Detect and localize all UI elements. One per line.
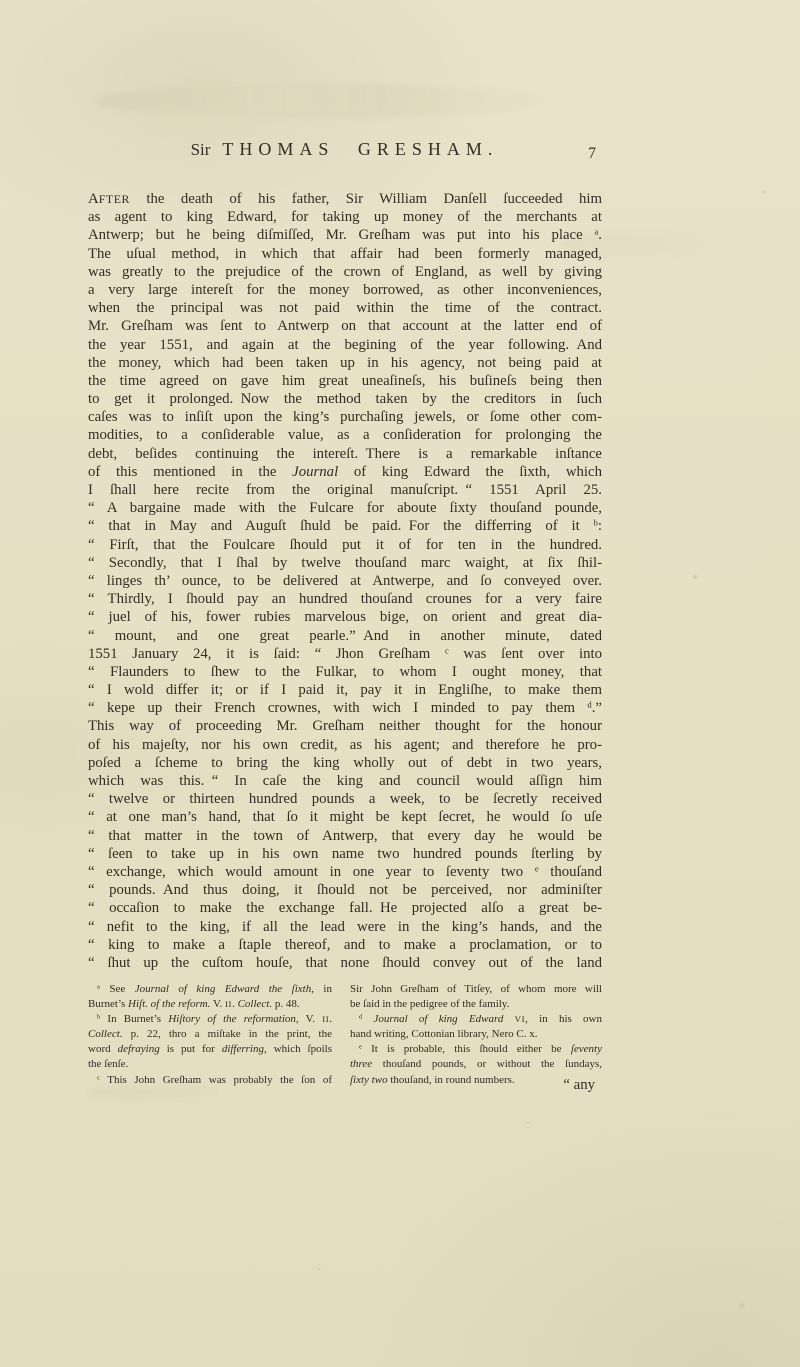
text-line: 1551 January 24, it is ſaid: “ Jhon Greſ… <box>88 645 602 663</box>
text-line: a very large intereſt for the money borr… <box>88 281 602 299</box>
text-line: to get it prolonged. Now the method take… <box>88 390 602 408</box>
text-line: Collect. p. 22, thro a miſtake in the pr… <box>88 1027 332 1042</box>
text-line: “ Thirdly, I ſhould pay an hundred thouſ… <box>88 590 602 608</box>
footnote-column-right: Sir John Greſham of Titſey, of whom more… <box>350 982 602 1088</box>
text-line: After the death of his father, Sir Willi… <box>88 190 602 208</box>
italic-text: differring <box>222 1043 264 1055</box>
footnote-column-left: a See Journal of king Edward the ſixth, … <box>88 982 332 1088</box>
paper-specks <box>0 0 2 2</box>
text-line: the time agreed on gave him great uneaſi… <box>88 372 602 390</box>
small-caps-text: fter <box>99 192 130 206</box>
text-line: modities, to a conſiderable value, as a … <box>88 426 602 444</box>
text-line: Mr. Greſham was ſent to Antwerp on that … <box>88 317 602 335</box>
text-line: a See Journal of king Edward the ſixth, … <box>88 982 332 997</box>
text-line: “ A bargaine made with the Fulcare for a… <box>88 499 602 517</box>
text-line: Antwerp; but he being diſmiſſed, Mr. Gre… <box>88 226 602 244</box>
text-line: “ Firſt, that the Foulcare ſhould put it… <box>88 536 602 554</box>
italic-text: Journal of king Edward <box>373 1013 503 1025</box>
text-line: “ ſeen to take up in his own name two hu… <box>88 845 602 863</box>
text-line: b In Burnet’s Hiſtory of the reformation… <box>88 1012 332 1027</box>
text-line: was greatly to the prejudice of the crow… <box>88 263 602 281</box>
header-title-main: THOMAS GRESHAM. <box>222 139 498 159</box>
text-line: “ Flaunders to ſhew to the Fulkar, to wh… <box>88 663 602 681</box>
text-line: I ſhall here recite from the original ma… <box>88 481 602 499</box>
italic-text: Collect. <box>238 998 273 1010</box>
footnote-marker: a <box>97 984 100 991</box>
text-line: This way of proceeding Mr. Greſham neith… <box>88 717 602 735</box>
text-line: “ ſhut up the cuſtom houſe, that none ſh… <box>88 954 602 972</box>
text-line: the money, which had been taken up in hi… <box>88 354 602 372</box>
italic-text: ſeventy <box>571 1043 602 1055</box>
text-line: “ that matter in the town of Antwerp, th… <box>88 827 602 845</box>
text-line: of his majeſty, nor his own credit, as h… <box>88 736 602 754</box>
footnote-marker: a <box>594 227 598 237</box>
italic-text: Hiſt. of the reform. <box>128 998 210 1010</box>
footnote-marker: b <box>594 518 598 528</box>
page-number: 7 <box>588 145 597 163</box>
text-line: “ linges th’ ounce, to be delivered at A… <box>88 572 602 590</box>
text-line: hand writing, Cottonian library, Nero C.… <box>350 1027 602 1042</box>
text-line: “ nefit to the king, if all the lead wer… <box>88 918 602 936</box>
text-line: e It is probable, this ſhould either be … <box>350 1042 602 1057</box>
showthrough-ghost-top <box>96 84 536 118</box>
small-caps-text: ii <box>322 1014 329 1024</box>
text-line: when the principal was not paid within t… <box>88 299 602 317</box>
scanned-book-page: SirTHOMAS GRESHAM. 7 After the death of … <box>0 0 800 1367</box>
text-line: “ juel of his, fower rubies marvelous bi… <box>88 608 602 626</box>
footnote-marker: d <box>359 1014 362 1021</box>
footnote-marker: e <box>535 863 539 873</box>
italic-text: defraying <box>118 1043 160 1055</box>
text-line: Burnet’s Hiſt. of the reform. V. ii. Col… <box>88 997 332 1012</box>
text-line: d Journal of king Edward vi, in his own <box>350 1012 602 1027</box>
text-line: three thouſand pounds, or without the ſu… <box>350 1057 602 1072</box>
text-line: be ſaid in the pedigree of the family. <box>350 997 602 1012</box>
text-line: of this mentioned in the Journal of king… <box>88 463 602 481</box>
text-line: as agent to king Edward, for taking up m… <box>88 208 602 226</box>
italic-text: Journal <box>292 464 338 480</box>
text-line: “ occaſion to make the exchange fall. He… <box>88 899 602 917</box>
small-caps-text: ii <box>225 999 232 1009</box>
footnote-marker: d <box>587 700 591 710</box>
text-line: word defraying is put for differring, wh… <box>88 1042 332 1057</box>
text-line: caſes was to inſiſt upon the king’s purc… <box>88 408 602 426</box>
footnote-marker: b <box>97 1014 100 1021</box>
text-line: debt, beſides continuing the intereſt. T… <box>88 445 602 463</box>
text-line: “ kepe up their French crownes, with wic… <box>88 699 602 717</box>
italic-text: Collect. <box>88 1028 123 1040</box>
text-line: “ at one man’s hand, that ſo it might be… <box>88 808 602 826</box>
text-line: the year 1551, and again at the begining… <box>88 336 602 354</box>
italic-text: three <box>350 1058 372 1070</box>
text-line: “ twelve or thirteen hundred pounds a we… <box>88 790 602 808</box>
catchword: “ any <box>88 1076 595 1094</box>
text-line: the ſenſe. <box>88 1057 332 1072</box>
running-header: SirTHOMAS GRESHAM. 7 <box>88 139 601 167</box>
text-line: “ exchange, which would amount in one ye… <box>88 863 602 881</box>
text-line: “ Secondly, that I ſhal by twelve thouſa… <box>88 554 602 572</box>
text-line: “ king to make a ſtaple thereof, and to … <box>88 936 602 954</box>
italic-text: Hiſtory of the reformation <box>168 1013 296 1025</box>
text-line: Sir John Greſham of Titſey, of whom more… <box>350 982 602 997</box>
text-line: poſed a ſcheme to bring the king wholly … <box>88 754 602 772</box>
small-caps-text: vi <box>515 1014 525 1024</box>
text-line: “ I wold differ it; or if I paid it, pay… <box>88 681 602 699</box>
text-line: The uſual method, in which that affair h… <box>88 245 602 263</box>
text-line: “ pounds. And thus doing, it ſhould not … <box>88 881 602 899</box>
body-text: After the death of his father, Sir Willi… <box>88 190 602 972</box>
footnotes: a See Journal of king Edward the ſixth, … <box>88 982 602 1088</box>
italic-text: Journal of king Edward the ſixth <box>135 983 312 995</box>
footnote-marker: c <box>445 645 449 655</box>
footnote-marker: e <box>359 1044 362 1051</box>
header-title-prefix: Sir <box>191 140 211 159</box>
text-line: which was this. “ In caſe the king and c… <box>88 772 602 790</box>
text-line: “ that in May and Auguſt ſhuld be paid. … <box>88 517 602 535</box>
text-line: “ mount, and one great pearle.” And in a… <box>88 627 602 645</box>
